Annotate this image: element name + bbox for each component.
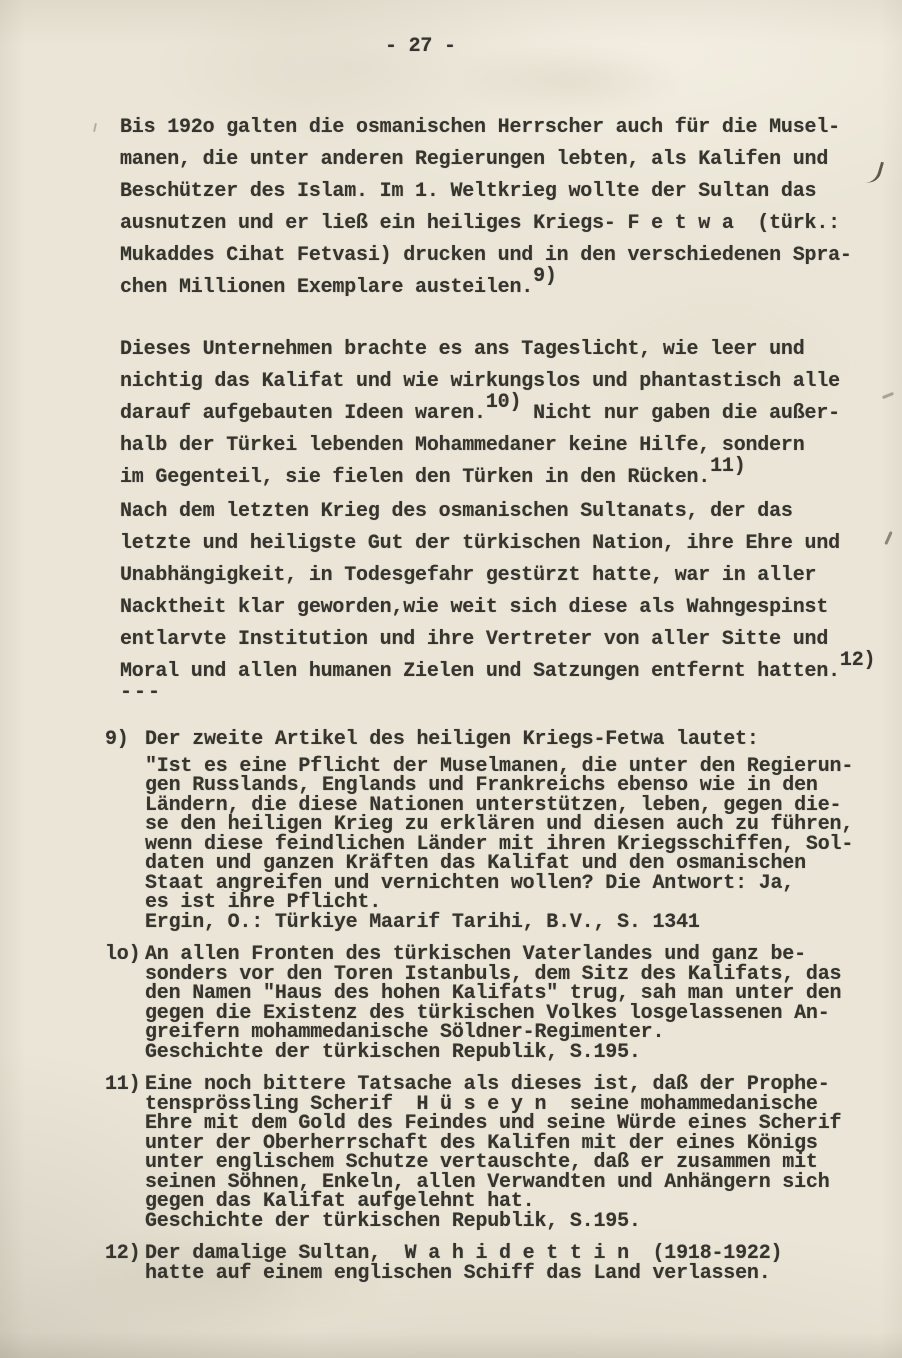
footnote-11: 11) Eine noch bittere Tatsache als diese… — [105, 1075, 852, 1231]
footnote-body: Der zweite Artikel des heiligen Kriegs-F… — [145, 730, 852, 932]
text-line: Geschichte der türkischen Republik, S.19… — [145, 1043, 852, 1063]
text-line: Der zweite Artikel des heiligen Kriegs-F… — [145, 730, 852, 750]
text-line: Ergin, O.: Türkiye Maarif Tarihi, B.V., … — [145, 913, 852, 933]
paragraph-2: Dieses Unternehmen brachte es ans Tagesl… — [120, 334, 852, 494]
text-line: greifern mohammedanische Söldner-Regimen… — [145, 1023, 852, 1043]
text-line: Nacktheit klar geworden,wie weit sich di… — [120, 592, 852, 624]
text-line: es ist ihre Pflicht. — [145, 893, 852, 913]
paragraph-3: Nach dem letzten Krieg des osmanischen S… — [120, 496, 852, 688]
text-line: Ehre mit dem Gold des Feindes und seine … — [145, 1114, 852, 1134]
text-segment: Nicht nur gaben die außer- — [521, 402, 840, 425]
footnote-ref-11: 11) — [710, 455, 745, 478]
page-number: - 27 - — [385, 34, 852, 60]
text-segment: Moral und allen humanen Zielen und Satzu… — [120, 660, 840, 683]
paragraph-1: Bis 192o galten die osmanischen Herrsche… — [120, 112, 852, 304]
footnote-ref-9: 9) — [533, 265, 557, 288]
text-line: darauf aufgebauten Ideen waren.10) Nicht… — [120, 398, 852, 430]
text-line: letzte und heiligste Gut der türkischen … — [120, 528, 852, 560]
text-line: Mukaddes Cihat Fetvasi) drucken und in d… — [120, 240, 852, 272]
text-line: Eine noch bittere Tatsache als dieses is… — [145, 1075, 852, 1095]
footnote-marker: 12) — [105, 1244, 145, 1283]
text-line: unter englischem Schutze vertauschte, da… — [145, 1153, 852, 1173]
text-line: Unabhängigkeit, in Todesgefahr gestürzt … — [120, 560, 852, 592]
text-line: An allen Fronten des türkischen Vaterlan… — [145, 945, 852, 965]
scanned-document-page: - 27 - Bis 192o galten die osmanischen H… — [0, 0, 902, 1358]
text-segment: darauf aufgebauten Ideen waren. — [120, 402, 486, 425]
footnote-marker: 9) — [105, 730, 145, 932]
text-line: Beschützer des Islam. Im 1. Weltkrieg wo… — [120, 176, 852, 208]
text-line: Bis 192o galten die osmanischen Herrsche… — [120, 112, 852, 144]
footnote-10: lo) An allen Fronten des türkischen Vate… — [105, 945, 852, 1062]
text-line: gegen das Kalifat aufgelehnt hat. — [145, 1192, 852, 1212]
text-segment: chen Millionen Exemplare austeilen. — [120, 276, 533, 299]
footnote-body: Der damalige Sultan, W a h i d e t t i n… — [145, 1244, 852, 1283]
text-line: den Namen "Haus des hohen Kalifats" trug… — [145, 984, 852, 1004]
text-line: hatte auf einem englischen Schiff das La… — [145, 1264, 852, 1284]
text-segment: im Gegenteil, sie fielen den Türken in d… — [120, 466, 710, 489]
text-line: chen Millionen Exemplare austeilen.9) — [120, 272, 852, 304]
text-line: Dieses Unternehmen brachte es ans Tagesl… — [120, 334, 852, 366]
text-line: manen, die unter anderen Regierungen leb… — [120, 144, 852, 176]
page-content: - 27 - Bis 192o galten die osmanischen H… — [0, 0, 902, 1283]
text-line: gen Russlands, Englands und Frankreichs … — [145, 776, 852, 796]
text-line: im Gegenteil, sie fielen den Türken in d… — [120, 462, 852, 494]
text-line: Nach dem letzten Krieg des osmanischen S… — [120, 496, 852, 528]
footnote-ref-12: 12) — [840, 649, 875, 672]
footnote-ref-10: 10) — [486, 391, 521, 414]
text-line: Moral und allen humanen Zielen und Satzu… — [120, 656, 852, 688]
text-line: Der damalige Sultan, W a h i d e t t i n… — [145, 1244, 852, 1264]
footnotes-section: 9) Der zweite Artikel des heiligen Krieg… — [120, 730, 852, 1283]
footnote-marker: 11) — [105, 1075, 145, 1231]
text-line: Geschichte der türkischen Republik, S.19… — [145, 1212, 852, 1232]
text-line: ausnutzen und er ließ ein heiliges Krieg… — [120, 208, 852, 240]
footnote-9: 9) Der zweite Artikel des heiligen Krieg… — [105, 730, 852, 932]
footnote-body: Eine noch bittere Tatsache als dieses is… — [145, 1075, 852, 1231]
text-line: daten und ganzen Kräften das Kalifat und… — [145, 854, 852, 874]
footnote-body: An allen Fronten des türkischen Vaterlan… — [145, 945, 852, 1062]
text-line: entlarvte Institution und ihre Vertreter… — [120, 624, 852, 656]
text-line: se den heiligen Krieg zu erklären und di… — [145, 815, 852, 835]
footnote-12: 12) Der damalige Sultan, W a h i d e t t… — [105, 1244, 852, 1283]
footnote-quote: "Ist es eine Pflicht der Muselmanen, die… — [145, 757, 852, 933]
footnote-marker: lo) — [105, 945, 145, 1062]
